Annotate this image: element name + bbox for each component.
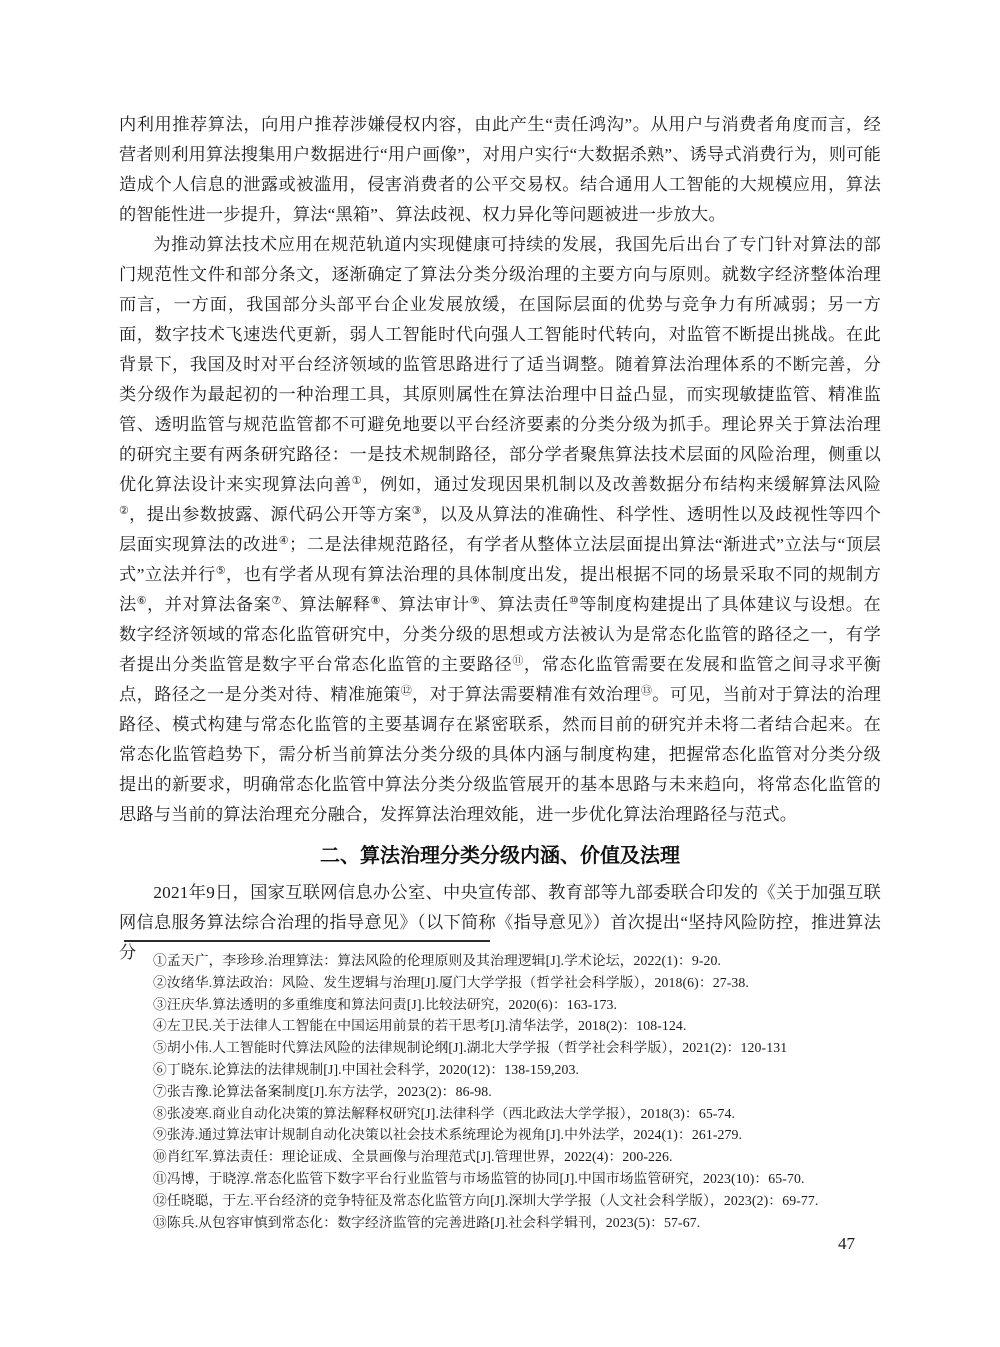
footnote-item: ⑪冯博，于晓淳.常态化监管下数字平台行业监管与市场监管的协同[J].中国市场监管… — [153, 1168, 883, 1190]
footnote-ref: ④ — [279, 535, 289, 547]
body-paragraph-continuation: 内利用推荐算法，向用户推荐涉嫌侵权内容，由此产生“责任鸿沟”。从用户与消费者角度… — [119, 110, 881, 230]
footnote-ref: ⑩ — [569, 595, 579, 607]
footnote-item: ⑨张涛.通过算法审计规制自动化决策以社会技术系统理论为视角[J].中外法学，20… — [153, 1124, 883, 1146]
body-paragraph: 为推动算法技术应用在规范轨道内实现健康可持续的发展，我国先后出台了专门针对算法的… — [119, 230, 881, 830]
paper-page: 内利用推荐算法，向用户推荐涉嫌侵权内容，由此产生“责任鸿沟”。从用户与消费者角度… — [0, 0, 1000, 1347]
footnote-ref: ⑤ — [216, 565, 226, 577]
footnote-item: ④左卫民.关于法律人工智能在中国运用前景的若干思考[J].清华法学，2018(2… — [153, 1015, 883, 1037]
footnote-ref: ⑧ — [371, 595, 381, 607]
footnote-item: ⑫任晓聪，于左.平台经济的竞争特征及常态化监管方向[J].深圳大学学报（人文社会… — [153, 1190, 883, 1212]
footnote-ref: ⑫ — [401, 685, 412, 697]
footnote-item: ⑩肖红军.算法责任：理论证成、全景画像与治理范式[J].管理世界，2022(4)… — [153, 1146, 883, 1168]
footnote-item: ②汝绪华.算法政治：风险、发生逻辑与治理[J].厦门大学学报（哲学社会科学版），… — [153, 972, 883, 994]
footnote-ref: ⑥ — [137, 595, 147, 607]
article-body: 内利用推荐算法，向用户推荐涉嫌侵权内容，由此产生“责任鸿沟”。从用户与消费者角度… — [119, 110, 881, 968]
footnote-ref: ⑪ — [512, 655, 524, 667]
footnote-item: ⑧张凌寒.商业自动化决策的算法解释权研究[J].法律科学（西北政法大学学报），2… — [153, 1103, 883, 1125]
footnote-list: ①孟天广，李珍珍.治理算法：算法风险的伦理原则及其治理逻辑[J].学术论坛，20… — [153, 950, 883, 1233]
footnote-ref: ② — [119, 505, 129, 517]
footnote-item: ⑦张吉豫.论算法备案制度[J].东方法学，2023(2)：86-98. — [153, 1081, 883, 1103]
footnote-item: ⑥丁晓东.论算法的法律规制[J].中国社会科学，2020(12)：138-159… — [153, 1059, 883, 1081]
footnote-item: ③汪庆华.算法透明的多重维度和算法问责[J].比较法研究，2020(6)：163… — [153, 994, 883, 1016]
footnote-ref: ⑦ — [271, 595, 281, 607]
footnote-ref: ⑬ — [641, 685, 652, 697]
page-number: 47 — [838, 1234, 855, 1254]
footnote-ref: ① — [352, 475, 362, 487]
footnote-divider — [124, 940, 490, 942]
footnote-ref: ③ — [412, 505, 422, 517]
footnote-item: ①孟天广，李珍珍.治理算法：算法风险的伦理原则及其治理逻辑[J].学术论坛，20… — [153, 950, 883, 972]
footnote-ref: ⑨ — [470, 595, 480, 607]
section-heading: 二、算法治理分类分级内涵、价值及法理 — [119, 842, 881, 870]
footnote-item: ⑤胡小伟.人工智能时代算法风险的法律规制论纲[J].湖北大学学报（哲学社会科学版… — [153, 1037, 883, 1059]
footnote-item: ⑬陈兵.从包容审慎到常态化：数字经济监管的完善进路[J].社会科学辑刊，2023… — [153, 1212, 883, 1234]
